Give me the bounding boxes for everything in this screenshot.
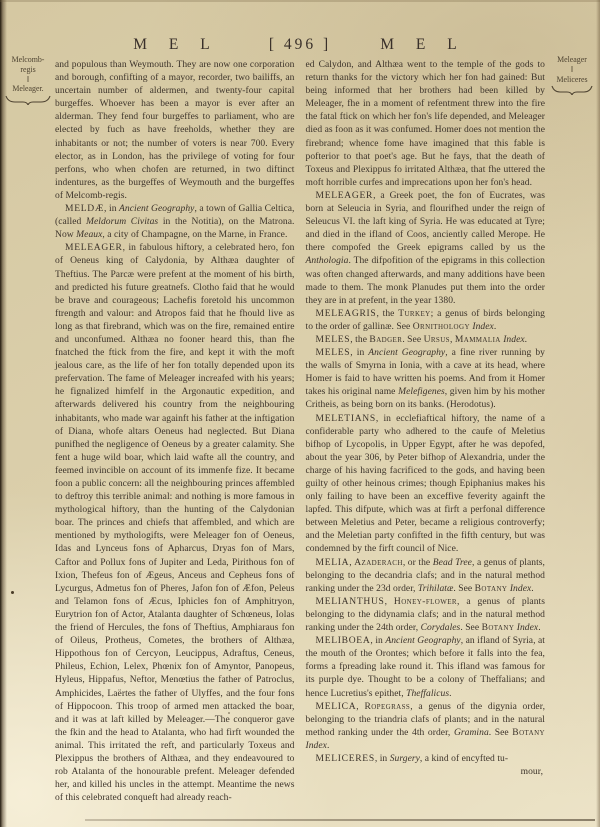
entry-paragraph: MELEAGER, in fabulous hiftory, a celebra…: [55, 241, 295, 804]
entry-paragraph: MELDÆ, in Ancient Geography, a town of G…: [55, 202, 295, 241]
entry-paragraph: MELEAGRIS, the Turkey; a genus of birds …: [306, 307, 546, 333]
running-header-right: M E L: [302, 36, 544, 54]
ink-speck: [11, 591, 14, 594]
entry-paragraph: and populous than Weymouth. They are now…: [55, 58, 295, 202]
entry-paragraph: MELIANTHUS, Honey-flower, a genus of pla…: [306, 595, 546, 634]
page-edge-right: [596, 0, 600, 827]
running-header: M E L [ 496 ] M E L: [0, 36, 600, 56]
catchword: mour,: [306, 765, 546, 778]
entry-paragraph: MELEAGER, a Greek poet, the fon of Eucra…: [306, 189, 546, 307]
right-column-paragraphs: ed Calydon, and Althæa went to the templ…: [306, 58, 546, 765]
entry-paragraph: MELETIANS, in ecclefiaftical hiftory, th…: [306, 412, 546, 556]
entry-paragraph: MELIA, Azaderach, or the Bead Tree, a ge…: [306, 556, 546, 595]
entry-paragraph: MELICA, Ropegrass, a genus of the digyni…: [306, 700, 546, 752]
left-column: and populous than Weymouth. They are now…: [55, 58, 295, 804]
entry-paragraph: MELES, in Ancient Geography, a fine rive…: [306, 346, 546, 411]
entry-paragraph: MELES, the Badger. See Ursus, Mammalia I…: [306, 333, 546, 346]
margin-note-right: Meleager‖Meliceres: [546, 55, 598, 95]
entry-paragraph: MELIBOEA, in Ancient Geography, an iflan…: [306, 634, 546, 699]
book-page: M E L [ 496 ] M E L Melcomb-regis‖Meleag…: [0, 0, 600, 827]
text-columns: and populous than Weymouth. They are now…: [55, 58, 545, 804]
margin-brace-icon: [551, 85, 593, 95]
margin-note-left: Melcomb-regis‖Meleager.: [2, 55, 54, 105]
page-edge-top: [0, 0, 600, 2]
margin-note-left-text: Melcomb-regis‖Meleager.: [2, 55, 54, 94]
binding-gutter-shadow: [0, 0, 7, 827]
entry-paragraph: MELICERES, in Surgery, a kind of encyfte…: [306, 752, 546, 765]
entry-paragraph: ed Calydon, and Althæa went to the templ…: [306, 58, 546, 189]
right-column: ed Calydon, and Althæa went to the templ…: [306, 58, 546, 804]
margin-brace-icon: [5, 95, 51, 105]
margin-note-right-text: Meleager‖Meliceres: [546, 55, 598, 84]
page-edge-bottom: [85, 819, 595, 821]
